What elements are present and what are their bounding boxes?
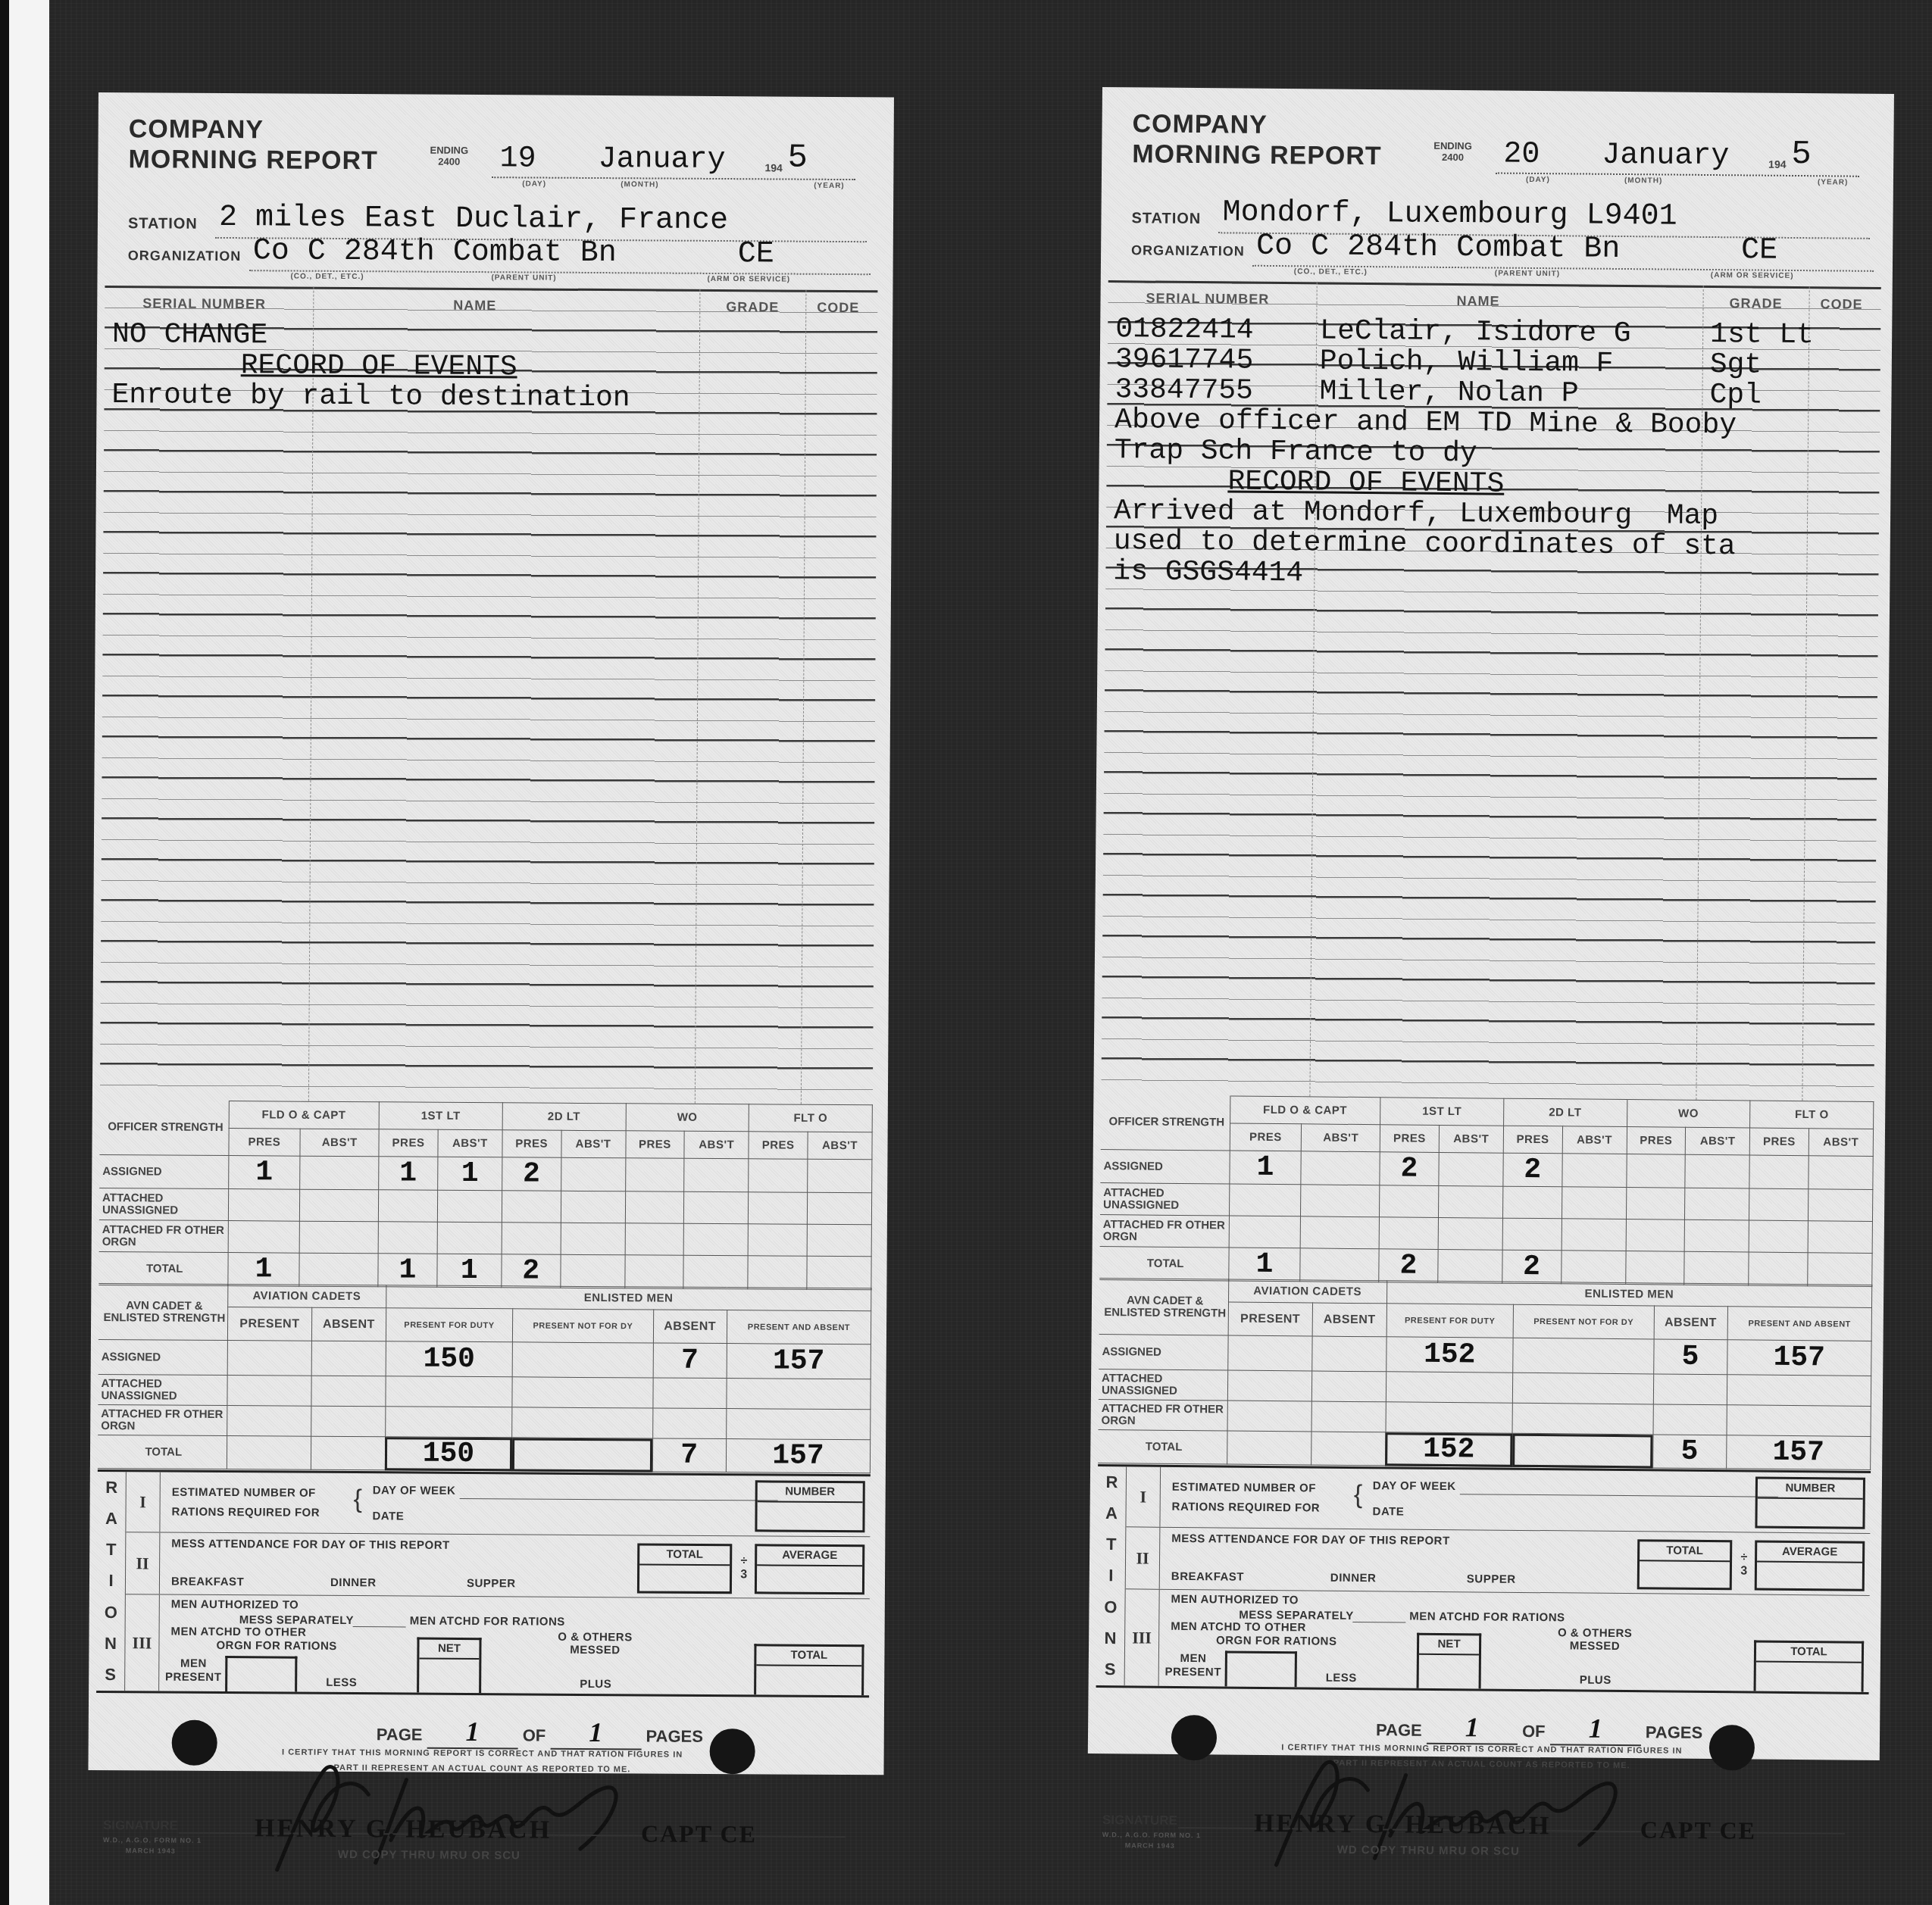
officer-count-cell <box>624 1255 683 1288</box>
officer-count-cell <box>300 1221 379 1254</box>
day-of-week-label: DAY OF WEEK <box>373 1484 456 1497</box>
officer-count-cell <box>1749 1155 1809 1189</box>
row-label: TOTAL <box>1099 1247 1228 1281</box>
enlisted-men-header: ENLISTED MEN <box>386 1285 871 1311</box>
co-det-caption: (CO., DET., ETC.) <box>1294 267 1368 276</box>
officer-count-cell <box>1380 1185 1439 1218</box>
enlisted-count-cell <box>1386 1402 1513 1433</box>
rations-part-1: I ESTIMATED NUMBER OF RATIONS REQUIRED F… <box>1126 1466 1871 1534</box>
mess-separately-field[interactable] <box>353 1626 406 1627</box>
group-2d-lt: 2D LT <box>1503 1098 1627 1126</box>
rations-letter: N <box>105 1634 117 1654</box>
punch-hole-right-icon <box>709 1729 755 1774</box>
row-label: ATTACHED FR OTHER ORGN <box>1100 1215 1229 1248</box>
officer-count-cell <box>683 1255 748 1289</box>
average-header: AVERAGE <box>757 1546 862 1566</box>
rations-section: RATIONS I ESTIMATED NUMBER OF RATIONS RE… <box>1096 1464 1871 1694</box>
officer-count-cell <box>1808 1189 1872 1222</box>
enlisted-count-cell <box>512 1342 653 1378</box>
rations-letter: A <box>105 1509 117 1529</box>
absent-subheader: ABS'T <box>808 1132 872 1160</box>
code-header: CODE <box>817 300 859 316</box>
officer-count-cell <box>502 1223 561 1254</box>
officer-count-cell <box>561 1157 625 1191</box>
rations-total-box[interactable]: TOTAL <box>1754 1641 1865 1692</box>
officer-strength-label: OFFICER STRENGTH <box>1101 1095 1230 1151</box>
rations-letter: S <box>1105 1660 1116 1679</box>
present-subheader: PRES <box>1749 1128 1809 1156</box>
enlisted-col-absent: ABSENT <box>1312 1303 1386 1337</box>
ending-2400-label: ENDING 2400 <box>430 145 468 167</box>
enlisted-count-cell <box>1727 1375 1871 1407</box>
serial-number: 39617745 <box>1115 345 1254 376</box>
serial-number-header: SERIAL NUMBER <box>1146 291 1269 308</box>
enlisted-count-cell <box>727 1379 871 1410</box>
signature-label: SIGNATURE <box>1102 1813 1177 1828</box>
officer-count-cell <box>1379 1217 1438 1250</box>
enlisted-count-cell <box>1512 1433 1653 1468</box>
scan-edge-black <box>0 0 9 1905</box>
officer-count-cell <box>1626 1220 1685 1252</box>
rations-letter: T <box>106 1540 117 1560</box>
rations-letter: T <box>1106 1535 1117 1554</box>
wd-copy-note: WD COPY THRU MRU OR SCU <box>1337 1844 1520 1858</box>
serial-number: 01822414 <box>1115 314 1254 346</box>
officer-count-cell: 2 <box>502 1157 561 1191</box>
enlisted-count-cell <box>652 1408 727 1439</box>
present-subheader: PRES <box>1380 1125 1439 1153</box>
present-subheader: PRES <box>1503 1126 1562 1154</box>
enlisted-count-cell: 5 <box>1652 1435 1727 1469</box>
part-1-numeral: I <box>126 1472 160 1532</box>
day-of-week-field[interactable] <box>460 1498 778 1501</box>
men-atchd-to-other-label: MEN ATCHD TO OTHER <box>171 1625 307 1639</box>
date-rule <box>492 176 855 180</box>
record-entry-line: NO CHANGE <box>112 320 870 354</box>
absent-subheader: ABS'T <box>1439 1125 1503 1153</box>
page-number: 1 <box>1427 1711 1518 1745</box>
men-present-box[interactable] <box>225 1656 297 1692</box>
net-box[interactable]: NET <box>1417 1633 1482 1689</box>
less-label: LESS <box>1326 1672 1357 1685</box>
enlisted-col-present-for-duty: PRESENT FOR DUTY <box>386 1308 513 1342</box>
enlisted-count-cell <box>1227 1431 1311 1465</box>
mess-separately-field[interactable] <box>1352 1622 1405 1623</box>
record-entries: Above officer and EM TD Mine & BoobyTrap… <box>1113 405 1872 594</box>
enlisted-col-present-for-duty: PRESENT FOR DUTY <box>1386 1304 1514 1338</box>
year-prefix: 194 <box>1768 158 1786 170</box>
less-label: LESS <box>326 1676 357 1689</box>
typed-signer-name: HENRY G. HEUBACH <box>1254 1810 1552 1841</box>
day-caption: (DAY) <box>1526 176 1550 184</box>
officer-count-cell <box>1749 1220 1808 1253</box>
enlisted-count-cell <box>1513 1373 1654 1404</box>
enlisted-row-attached-fr-other-orgn: ATTACHED FR OTHER ORGN <box>98 1405 871 1440</box>
row-label: ASSIGNED <box>98 1340 227 1376</box>
typed-signer-grade: CAPT CE <box>1640 1816 1756 1844</box>
enlisted-col-present: PRESENT <box>227 1307 312 1341</box>
officer-count-cell <box>1808 1221 1872 1254</box>
officer-count-cell <box>1562 1219 1626 1251</box>
men-authorized-label: MEN AUTHORIZED TO <box>171 1598 299 1612</box>
of-label: OF <box>523 1725 546 1744</box>
officer-count-cell <box>1626 1188 1685 1220</box>
officer-count-cell <box>1685 1188 1749 1220</box>
mess-total-header: TOTAL <box>639 1545 730 1566</box>
year-caption: (YEAR) <box>814 182 845 190</box>
absent-subheader: ABS'T <box>1809 1129 1873 1157</box>
signature-label: SIGNATURE <box>103 1818 178 1834</box>
mess-total-box[interactable]: TOTAL <box>637 1543 732 1594</box>
officer-count-cell: 1 <box>378 1254 437 1287</box>
parent-unit-caption: (PARENT UNIT) <box>491 273 556 283</box>
row-label: ASSIGNED <box>1100 1150 1229 1184</box>
officer-count-cell <box>1502 1218 1562 1251</box>
group-1st-lt: 1ST LT <box>1380 1098 1504 1126</box>
arm-or-service-caption: (ARM OR SERVICE) <box>1711 271 1794 280</box>
page-label: PAGE <box>1376 1720 1422 1740</box>
enlisted-count-cell <box>1386 1372 1513 1403</box>
rations-side-label: RATIONS <box>96 1472 127 1691</box>
brace-icon: { <box>1354 1479 1363 1510</box>
o-others-messed-label: O & OTHERS MESSED <box>1538 1626 1652 1653</box>
officer-count-cell <box>299 1253 378 1287</box>
officer-strength-table: OFFICER STRENGTH FLD O & CAPT 1ST LT 2D … <box>1099 1095 1874 1287</box>
page-number: 1 <box>427 1716 517 1750</box>
officer-count-cell <box>1301 1151 1380 1185</box>
men-present-label: MEN PRESENT <box>159 1657 227 1685</box>
part-3-numeral: III <box>125 1594 160 1691</box>
enlisted-count-cell <box>1312 1371 1386 1402</box>
enlisted-count-cell <box>1311 1432 1386 1466</box>
officer-count-cell <box>1685 1154 1749 1188</box>
officer-count-cell: 1 <box>379 1157 438 1190</box>
officer-count-cell <box>561 1223 625 1255</box>
present-subheader: PRES <box>228 1129 300 1157</box>
enlisted-count-cell: 157 <box>1727 1340 1872 1376</box>
rations-section: RATIONS I ESTIMATED NUMBER OF RATIONS RE… <box>96 1469 871 1697</box>
report-day: 19 <box>499 142 536 176</box>
enlisted-count-cell <box>1653 1374 1727 1405</box>
officer-count-cell <box>1439 1152 1503 1186</box>
orgn-for-rations-label: ORGN FOR RATIONS <box>1216 1634 1337 1647</box>
breakfast-label: BREAKFAST <box>171 1576 244 1589</box>
officer-count-cell <box>749 1192 808 1224</box>
organization-value: Co C 284th Combat Bn <box>1256 230 1620 267</box>
officer-count-cell: 1 <box>1229 1151 1301 1185</box>
net-box[interactable]: NET <box>417 1638 481 1694</box>
officer-count-cell <box>1229 1216 1301 1248</box>
arm-or-service-value: CE <box>1741 233 1777 267</box>
punch-hole-right-icon <box>1709 1725 1755 1771</box>
officer-count-cell <box>625 1191 684 1223</box>
officer-count-cell <box>807 1224 871 1257</box>
person-name: LeClair, Isidore G <box>1320 317 1631 350</box>
officer-count-cell <box>1229 1184 1301 1216</box>
row-label: ATTACHED UNASSIGNED <box>99 1188 228 1221</box>
officer-count-cell: 1 <box>227 1253 299 1287</box>
grade-header: GRADE <box>726 299 779 315</box>
supper-label: SUPPER <box>467 1577 516 1590</box>
brace-icon: { <box>354 1484 363 1514</box>
officer-count-cell <box>748 1256 807 1289</box>
enlisted-count-cell <box>227 1406 311 1437</box>
row-label: ASSIGNED <box>99 1155 228 1189</box>
name-header: NAME <box>453 298 496 314</box>
rations-total-header: TOTAL <box>756 1646 861 1666</box>
net-header: NET <box>1419 1635 1479 1656</box>
enlisted-count-cell: 7 <box>652 1438 727 1472</box>
enlisted-col-present-and-absent: PRESENT AND ABSENT <box>1727 1307 1872 1341</box>
part-2-numeral: II <box>1126 1527 1161 1588</box>
mess-attendance-label: MESS ATTENDANCE FOR DAY OF THIS REPORT <box>171 1538 449 1552</box>
rations-part-2: II MESS ATTENDANCE FOR DAY OF THIS REPOR… <box>1126 1527 1871 1596</box>
enlisted-count-cell <box>652 1378 727 1409</box>
absent-subheader: ABS'T <box>438 1129 502 1157</box>
form-number-text: W.D., A.G.O. FORM NO. 1 <box>103 1835 202 1846</box>
title-company: COMPANY <box>129 114 379 145</box>
rations-total-header: TOTAL <box>1756 1643 1862 1663</box>
estimated-rations-label: ESTIMATED NUMBER OF RATIONS REQUIRED FOR <box>1172 1478 1321 1519</box>
enlisted-count-cell <box>512 1407 653 1438</box>
row-label: TOTAL <box>1098 1430 1227 1464</box>
title-morning-report: MORNING REPORT <box>1132 139 1382 171</box>
absent-subheader: ABS'T <box>1685 1127 1749 1155</box>
group-1st-lt: 1ST LT <box>379 1102 502 1130</box>
officer-count-cell <box>300 1189 379 1222</box>
report-year: 5 <box>787 139 808 177</box>
station-value: 2 miles East Duclair, France <box>219 201 728 238</box>
year-prefix: 194 <box>764 161 782 173</box>
men-present-box[interactable] <box>1225 1650 1297 1687</box>
enlisted-count-cell <box>512 1438 653 1472</box>
enlisted-col-present-not-for-dy: PRESENT NOT FOR DY <box>1513 1304 1654 1339</box>
enlisted-count-cell: 152 <box>1385 1432 1512 1466</box>
rations-total-box[interactable]: TOTAL <box>754 1644 864 1695</box>
officer-count-cell <box>1438 1249 1502 1283</box>
day-caption: (DAY) <box>522 180 546 188</box>
officer-count-cell: 2 <box>1379 1249 1438 1283</box>
enlisted-count-cell <box>311 1376 386 1407</box>
officer-count-cell <box>1749 1252 1808 1286</box>
officer-count-cell <box>1625 1251 1684 1285</box>
person-grade: Sgt <box>1710 350 1762 381</box>
plus-label: PLUS <box>580 1678 611 1691</box>
rations-part-1: I ESTIMATED NUMBER OF RATIONS REQUIRED F… <box>126 1472 870 1537</box>
officer-count-cell <box>1808 1253 1872 1287</box>
record-entries: NO CHANGERECORD OF EVENTSEnroute by rail… <box>111 320 870 415</box>
men-authorized-label: MEN AUTHORIZED TO <box>1171 1593 1299 1607</box>
officer-count-cell <box>560 1254 624 1288</box>
supper-label: SUPPER <box>1467 1572 1516 1586</box>
officer-count-cell <box>808 1159 872 1193</box>
present-subheader: PRES <box>502 1130 561 1157</box>
estimated-rations-label: ESTIMATED NUMBER OF RATIONS REQUIRED FOR <box>171 1483 320 1523</box>
officer-count-cell: 2 <box>1380 1152 1439 1186</box>
rations-part-3: III MEN AUTHORIZED TO MESS SEPARATELY ME… <box>125 1594 870 1695</box>
part-1-numeral: I <box>1126 1466 1161 1526</box>
average-box[interactable]: AVERAGE <box>1755 1541 1865 1591</box>
enlisted-count-cell: 150 <box>385 1437 512 1471</box>
enlisted-count-cell: 152 <box>1386 1337 1513 1373</box>
enlisted-row-total: TOTAL1507157 <box>98 1435 871 1473</box>
enlisted-count-cell <box>726 1409 870 1440</box>
report-day: 20 <box>1503 138 1540 172</box>
dinner-label: DINNER <box>1330 1572 1377 1585</box>
men-present-label: MEN PRESENT <box>1159 1652 1227 1680</box>
officer-row-attached-unassigned: ATTACHED UNASSIGNED <box>99 1188 872 1225</box>
enlisted-count-cell <box>311 1406 386 1437</box>
officer-count-cell <box>561 1191 625 1223</box>
year-caption: (YEAR) <box>1818 178 1849 186</box>
officer-count-cell: 2 <box>502 1254 561 1288</box>
date-label: DATE <box>1373 1505 1405 1518</box>
enlisted-col-present: PRESENT <box>1228 1302 1313 1336</box>
number-box[interactable]: NUMBER <box>1755 1477 1865 1529</box>
enlisted-count-cell: 157 <box>1726 1435 1871 1470</box>
enlisted-count-cell <box>1227 1370 1312 1401</box>
report-year: 5 <box>1791 136 1812 173</box>
typed-signer-name: HENRY G. HEUBACH <box>255 1814 552 1844</box>
date-label: DATE <box>372 1510 404 1522</box>
total-pages: 1 <box>1550 1712 1641 1746</box>
form-title: COMPANY MORNING REPORT <box>128 114 378 176</box>
absent-subheader: ABS'T <box>300 1129 379 1157</box>
officer-count-cell: 1 <box>1228 1248 1300 1282</box>
group-flt-o: FLT O <box>749 1104 872 1132</box>
enlisted-count-cell <box>227 1436 311 1470</box>
page-label: PAGE <box>377 1725 423 1744</box>
officer-count-cell <box>748 1224 807 1256</box>
men-atchd-for-rations-label: MEN ATCHD FOR RATIONS <box>1409 1610 1565 1625</box>
row-label: ATTACHED UNASSIGNED <box>98 1375 227 1406</box>
number-box[interactable]: NUMBER <box>755 1480 864 1532</box>
officer-strength-table: OFFICER STRENGTH FLD O & CAPT 1ST LT 2D … <box>98 1100 872 1290</box>
mess-total-header: TOTAL <box>1640 1541 1730 1562</box>
officer-count-cell <box>228 1221 300 1254</box>
enlisted-count-cell <box>227 1376 311 1407</box>
absent-subheader: ABS'T <box>561 1130 625 1158</box>
part-2-numeral: II <box>126 1532 160 1594</box>
form-number: W.D., A.G.O. FORM NO. 1 MARCH 1943 <box>1102 1829 1201 1851</box>
officer-count-cell <box>1438 1185 1502 1218</box>
rations-letter: O <box>105 1603 117 1622</box>
officer-count-cell <box>1561 1251 1625 1285</box>
orgn-for-rations-label: ORGN FOR RATIONS <box>216 1639 336 1653</box>
enlisted-col-present-not-for-dy: PRESENT NOT FOR DY <box>513 1309 654 1343</box>
enlisted-count-cell <box>311 1436 386 1470</box>
men-atchd-to-other-label: MEN ATCHD TO OTHER <box>1171 1620 1306 1635</box>
officer-count-cell <box>1301 1216 1380 1249</box>
o-others-messed-label: O & OTHERS MESSED <box>538 1631 652 1657</box>
officer-count-cell <box>300 1156 379 1190</box>
mess-total-box[interactable]: TOTAL <box>1637 1539 1733 1590</box>
enlisted-count-cell <box>1727 1405 1871 1437</box>
rations-letter: O <box>1104 1597 1117 1617</box>
officer-count-cell <box>683 1223 748 1256</box>
part-3-numeral: III <box>1125 1589 1160 1685</box>
present-subheader: PRES <box>1627 1127 1686 1155</box>
enlisted-col-absent: ABSENT <box>653 1310 727 1344</box>
serial-number: 33847755 <box>1114 375 1253 407</box>
rations-letter: N <box>1105 1629 1117 1648</box>
number-box-header: NUMBER <box>758 1482 863 1503</box>
present-subheader: PRES <box>625 1131 684 1158</box>
officer-strength-label: OFFICER STRENGTH <box>99 1101 228 1156</box>
divide-by-three-label: ÷ 3 <box>1738 1551 1750 1578</box>
serial-number-header: SERIAL NUMBER <box>142 295 266 312</box>
officer-count-cell: 1 <box>437 1254 502 1288</box>
record-entry-line: is GSGS4414 <box>1113 557 1871 594</box>
enlisted-col-present-and-absent: PRESENT AND ABSENT <box>727 1310 871 1344</box>
average-box[interactable]: AVERAGE <box>755 1544 864 1594</box>
rations-letter: S <box>105 1665 116 1685</box>
enlisted-col-absent: ABSENT <box>312 1307 386 1341</box>
person-name: Miller, Nolan P <box>1319 377 1578 410</box>
station-label: STATION <box>128 215 198 233</box>
enlisted-col-absent: ABSENT <box>1654 1306 1728 1340</box>
enlisted-strength-label: AVN CADET & ENLISTED STRENGTH <box>1099 1279 1229 1335</box>
officer-count-cell <box>1684 1220 1749 1252</box>
station-label: STATION <box>1131 210 1201 228</box>
officer-count-cell <box>1562 1187 1626 1220</box>
pages-label: PAGES <box>646 1726 703 1745</box>
officer-count-cell: 1 <box>438 1157 502 1191</box>
officer-count-cell <box>807 1256 871 1290</box>
typed-signer-grade: CAPT CE <box>641 1819 757 1848</box>
absent-subheader: ABS'T <box>684 1131 749 1159</box>
enlisted-strength-label: AVN CADET & ENLISTED STRENGTH <box>98 1284 227 1341</box>
officer-count-cell <box>1300 1248 1379 1282</box>
person-grade: Cpl <box>1709 380 1762 411</box>
organization-value: Co C 284th Combat Bn <box>253 234 617 270</box>
net-header: NET <box>419 1640 479 1660</box>
organization-label: ORGANIZATION <box>1131 242 1245 259</box>
enlisted-count-cell: 150 <box>386 1341 513 1377</box>
officer-row-assigned: ASSIGNED1112 <box>99 1155 872 1193</box>
day-of-week-field[interactable] <box>1460 1494 1778 1497</box>
present-subheader: PRES <box>1230 1123 1302 1151</box>
enlisted-count-cell <box>1312 1336 1386 1372</box>
form-number-text: W.D., A.G.O. FORM NO. 1 <box>1102 1829 1201 1841</box>
officer-count-cell <box>1301 1185 1380 1217</box>
personnel-list: 01822414LeClair, Isidore G1st Lt39617745… <box>1114 314 1873 412</box>
enlisted-count-cell <box>1227 1335 1312 1371</box>
report-month: January <box>1602 139 1729 173</box>
enlisted-count-cell <box>1513 1338 1654 1374</box>
form-date-text: MARCH 1943 <box>103 1845 202 1857</box>
row-label: ATTACHED UNASSIGNED <box>1100 1183 1229 1216</box>
wd-copy-note: WD COPY THRU MRU OR SCU <box>338 1848 521 1862</box>
enlisted-count-cell <box>227 1341 312 1376</box>
enlisted-row-total: TOTAL1525157 <box>1098 1430 1871 1470</box>
punch-hole-left-icon <box>1171 1715 1218 1761</box>
enlisted-strength-table: AVN CADET & ENLISTED STRENGTH AVIATION C… <box>1098 1278 1872 1470</box>
rations-letter: A <box>1105 1504 1118 1523</box>
enlisted-count-cell: 157 <box>727 1344 871 1379</box>
row-label: ATTACHED FR OTHER ORGN <box>1099 1400 1227 1431</box>
absent-subheader: ABS'T <box>1302 1124 1380 1152</box>
officer-count-cell <box>1502 1186 1562 1219</box>
station-value: Mondorf, Luxembourg L9401 <box>1222 195 1677 233</box>
officer-count-cell <box>1626 1154 1685 1188</box>
enlisted-count-cell <box>385 1407 512 1438</box>
officer-count-cell: 2 <box>1503 1153 1562 1187</box>
officer-count-cell <box>378 1190 437 1222</box>
morning-report-form-left: COMPANY MORNING REPORT ENDING 2400 19 Ja… <box>88 92 894 1775</box>
enlisted-count-cell <box>1653 1404 1727 1435</box>
officer-count-cell <box>1809 1156 1873 1190</box>
